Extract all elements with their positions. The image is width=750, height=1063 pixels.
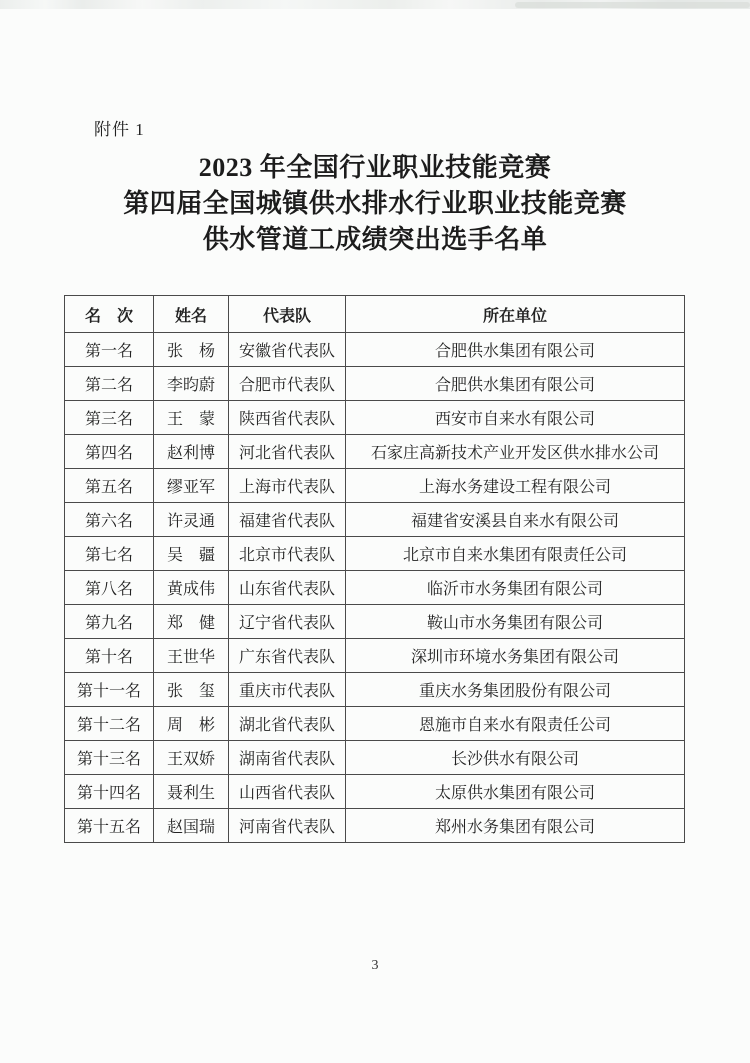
table-row: 第十四名 聂利生 山西省代表队 太原供水集团有限公司: [65, 775, 685, 809]
document-title: 2023 年全国行业职业技能竞赛 第四届全国城镇供水排水行业职业技能竞赛 供水管…: [0, 150, 750, 258]
org-cell: 临沂市水务集团有限公司: [346, 571, 685, 605]
rank-cell: 第十四名: [65, 775, 154, 809]
rank-cell: 第十二名: [65, 707, 154, 741]
org-cell: 重庆水务集团股份有限公司: [346, 673, 685, 707]
team-cell: 河南省代表队: [229, 809, 346, 843]
table-row: 第八名 黄成伟 山东省代表队 临沂市水务集团有限公司: [65, 571, 685, 605]
team-cell: 重庆市代表队: [229, 673, 346, 707]
name-cell: 赵国瑞: [154, 809, 229, 843]
table-row: 第四名 赵利博 河北省代表队 石家庄高新技术产业开发区供水排水公司: [65, 435, 685, 469]
rank-cell: 第五名: [65, 469, 154, 503]
attachment-label: 附件 1: [94, 115, 145, 140]
rank-cell: 第十一名: [65, 673, 154, 707]
table-header-row: 名 次 姓名 代表队 所在单位: [65, 296, 685, 333]
name-cell: 王 蒙: [154, 401, 229, 435]
scan-smudge-top-right: [515, 2, 750, 8]
header-rank: 名 次: [65, 296, 154, 333]
table-body: 第一名 张 杨 安徽省代表队 合肥供水集团有限公司 第二名 李昀蔚 合肥市代表队…: [65, 333, 685, 843]
org-cell: 西安市自来水有限公司: [346, 401, 685, 435]
name-cell: 郑 健: [154, 605, 229, 639]
title-line-2: 第四届全国城镇供水排水行业职业技能竞赛: [0, 186, 750, 222]
name-cell: 周 彬: [154, 707, 229, 741]
name-cell: 王双娇: [154, 741, 229, 775]
team-cell: 辽宁省代表队: [229, 605, 346, 639]
rank-cell: 第十名: [65, 639, 154, 673]
table-row: 第十三名 王双娇 湖南省代表队 长沙供水有限公司: [65, 741, 685, 775]
table-row: 第六名 许灵通 福建省代表队 福建省安溪县自来水有限公司: [65, 503, 685, 537]
rank-cell: 第四名: [65, 435, 154, 469]
team-cell: 山东省代表队: [229, 571, 346, 605]
name-cell: 张 玺: [154, 673, 229, 707]
table-row: 第五名 缪亚军 上海市代表队 上海水务建设工程有限公司: [65, 469, 685, 503]
header-name: 姓名: [154, 296, 229, 333]
org-cell: 郑州水务集团有限公司: [346, 809, 685, 843]
table-row: 第七名 吴 疆 北京市代表队 北京市自来水集团有限责任公司: [65, 537, 685, 571]
org-cell: 合肥供水集团有限公司: [346, 333, 685, 367]
rank-cell: 第十五名: [65, 809, 154, 843]
table-row: 第九名 郑 健 辽宁省代表队 鞍山市水务集团有限公司: [65, 605, 685, 639]
rank-cell: 第六名: [65, 503, 154, 537]
page-number: 3: [0, 958, 750, 974]
team-cell: 安徽省代表队: [229, 333, 346, 367]
org-cell: 深圳市环境水务集团有限公司: [346, 639, 685, 673]
org-cell: 北京市自来水集团有限责任公司: [346, 537, 685, 571]
name-cell: 吴 疆: [154, 537, 229, 571]
name-cell: 李昀蔚: [154, 367, 229, 401]
name-cell: 张 杨: [154, 333, 229, 367]
rank-cell: 第八名: [65, 571, 154, 605]
org-cell: 太原供水集团有限公司: [346, 775, 685, 809]
rank-cell: 第十三名: [65, 741, 154, 775]
team-cell: 福建省代表队: [229, 503, 346, 537]
team-cell: 山西省代表队: [229, 775, 346, 809]
rank-cell: 第九名: [65, 605, 154, 639]
name-cell: 许灵通: [154, 503, 229, 537]
team-cell: 湖南省代表队: [229, 741, 346, 775]
org-cell: 石家庄高新技术产业开发区供水排水公司: [346, 435, 685, 469]
org-cell: 长沙供水有限公司: [346, 741, 685, 775]
table-row: 第十二名 周 彬 湖北省代表队 恩施市自来水有限责任公司: [65, 707, 685, 741]
scanned-document-page: { "page": { "attachment_label": "附件 1", …: [0, 0, 750, 1063]
table-row: 第二名 李昀蔚 合肥市代表队 合肥供水集团有限公司: [65, 367, 685, 401]
team-cell: 河北省代表队: [229, 435, 346, 469]
table-row: 第一名 张 杨 安徽省代表队 合肥供水集团有限公司: [65, 333, 685, 367]
name-cell: 聂利生: [154, 775, 229, 809]
name-cell: 缪亚军: [154, 469, 229, 503]
team-cell: 陕西省代表队: [229, 401, 346, 435]
table-row: 第十名 王世华 广东省代表队 深圳市环境水务集团有限公司: [65, 639, 685, 673]
name-cell: 王世华: [154, 639, 229, 673]
header-org: 所在单位: [346, 296, 685, 333]
table-row: 第三名 王 蒙 陕西省代表队 西安市自来水有限公司: [65, 401, 685, 435]
rank-cell: 第二名: [65, 367, 154, 401]
team-cell: 北京市代表队: [229, 537, 346, 571]
org-cell: 上海水务建设工程有限公司: [346, 469, 685, 503]
table-row: 第十五名 赵国瑞 河南省代表队 郑州水务集团有限公司: [65, 809, 685, 843]
org-cell: 恩施市自来水有限责任公司: [346, 707, 685, 741]
team-cell: 广东省代表队: [229, 639, 346, 673]
rank-cell: 第三名: [65, 401, 154, 435]
org-cell: 鞍山市水务集团有限公司: [346, 605, 685, 639]
team-cell: 湖北省代表队: [229, 707, 346, 741]
name-cell: 赵利博: [154, 435, 229, 469]
team-cell: 上海市代表队: [229, 469, 346, 503]
name-cell: 黄成伟: [154, 571, 229, 605]
header-team: 代表队: [229, 296, 346, 333]
table-header: 名 次 姓名 代表队 所在单位: [65, 296, 685, 333]
title-line-3: 供水管道工成绩突出选手名单: [0, 222, 750, 258]
results-table: 名 次 姓名 代表队 所在单位 第一名 张 杨 安徽省代表队 合肥供水集团有限公…: [64, 295, 685, 843]
org-cell: 福建省安溪县自来水有限公司: [346, 503, 685, 537]
table-row: 第十一名 张 玺 重庆市代表队 重庆水务集团股份有限公司: [65, 673, 685, 707]
team-cell: 合肥市代表队: [229, 367, 346, 401]
title-line-1: 2023 年全国行业职业技能竞赛: [0, 150, 750, 186]
org-cell: 合肥供水集团有限公司: [346, 367, 685, 401]
rank-cell: 第一名: [65, 333, 154, 367]
rank-cell: 第七名: [65, 537, 154, 571]
